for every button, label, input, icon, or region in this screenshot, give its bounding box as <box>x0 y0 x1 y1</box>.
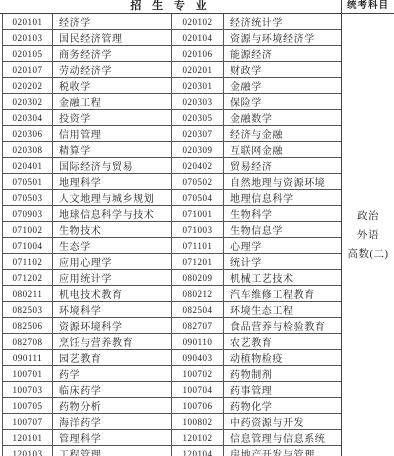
table-row: 100701药学100702药物制剂 <box>2 366 341 382</box>
major-code: 020402 <box>172 158 224 173</box>
table-row: 082506资源环境科学082707食品营养与检验教育 <box>2 318 341 334</box>
major-code: 082708 <box>3 334 53 349</box>
major-name: 能源经济 <box>224 46 341 61</box>
major-name: 工程管理 <box>53 446 172 456</box>
major-name: 动植物检疫 <box>224 350 341 365</box>
major-name: 心理学 <box>224 238 341 253</box>
table-row: 020306信用管理020307经济与金融 <box>2 126 341 142</box>
major-code: 020107 <box>3 62 53 77</box>
major-code: 020305 <box>172 110 224 125</box>
major-code: 070504 <box>172 190 224 205</box>
major-code: 100706 <box>172 398 224 413</box>
major-code: 020306 <box>3 126 53 141</box>
table-row: 120101管理科学120102信息管理与信息系统 <box>2 430 341 446</box>
table-row: 071102应用心理学071201统计学 <box>2 254 341 270</box>
admission-majors-table: 招 生 专 业 统考科目 020101经济学020102经济统计学020103国… <box>0 0 394 456</box>
major-name: 自然地理与资源环境 <box>224 174 341 189</box>
exam-subject: 外语 <box>348 226 389 245</box>
major-name: 机械工艺技术 <box>224 270 341 285</box>
major-code: 020303 <box>172 94 224 109</box>
table-row: 071202应用统计学080209机械工艺技术 <box>2 270 341 286</box>
major-name: 精算学 <box>53 142 172 157</box>
major-name: 经济学 <box>53 14 172 29</box>
major-code: 020106 <box>172 46 224 61</box>
major-name: 环境生态工程 <box>224 302 341 317</box>
table-row: 070903地球信息科学与技术071001生物科学 <box>2 206 341 222</box>
major-name: 中药资源与开发 <box>224 414 341 429</box>
major-name: 药事管理 <box>224 382 341 397</box>
major-code: 090403 <box>172 350 224 365</box>
major-name: 资源与环境经济学 <box>224 30 341 45</box>
table-row: 020107劳动经济学020201财政学 <box>2 62 341 78</box>
major-code: 120103 <box>3 446 53 456</box>
major-name: 生态学 <box>53 238 172 253</box>
table-row: 080211机电技术教育080212汽车维修工程教育 <box>2 286 341 302</box>
major-code: 071001 <box>172 206 224 221</box>
exam-subjects-cell: 政治外语高数(二) <box>341 14 394 456</box>
table-row: 020302金融工程020303保险学 <box>2 94 341 110</box>
major-name: 人文地理与城乡规划 <box>53 190 172 205</box>
table-header: 招 生 专 业 统考科目 <box>0 0 394 14</box>
major-code: 070502 <box>172 174 224 189</box>
major-code: 100702 <box>172 366 224 381</box>
table-row: 020304投资学020305金融数学 <box>2 110 341 126</box>
major-name: 金融数学 <box>224 110 341 125</box>
major-name: 地理科学 <box>53 174 172 189</box>
major-code: 020202 <box>3 78 53 93</box>
major-code: 082707 <box>172 318 224 333</box>
major-name: 药物制剂 <box>224 366 341 381</box>
major-code: 020304 <box>3 110 53 125</box>
major-name: 海洋药学 <box>53 414 172 429</box>
major-code: 120101 <box>3 430 53 445</box>
major-code: 100701 <box>3 366 53 381</box>
table-row: 082708烹饪与营养教育090110农艺教育 <box>2 334 341 350</box>
table-row: 020202税收学020301金融学 <box>2 78 341 94</box>
table-row: 020103国民经济管理020104资源与环境经济学 <box>2 30 341 46</box>
major-code: 070503 <box>3 190 53 205</box>
major-code: 080211 <box>3 286 53 301</box>
major-code: 082506 <box>3 318 53 333</box>
table-row: 090111园艺教育090403动植物检疫 <box>2 350 341 366</box>
major-name: 信息管理与信息系统 <box>224 430 341 445</box>
major-code: 020307 <box>172 126 224 141</box>
table-row: 071004生态学071101心理学 <box>2 238 341 254</box>
major-name: 房地产开发与管理 <box>224 446 341 456</box>
major-name: 汽车维修工程教育 <box>224 286 341 301</box>
table-row: 020105商务经济学020106能源经济 <box>2 46 341 62</box>
major-name: 生物信息学 <box>224 222 341 237</box>
major-code: 071003 <box>172 222 224 237</box>
major-name: 国际经济与贸易 <box>53 158 172 173</box>
major-name: 金融学 <box>224 78 341 93</box>
major-name: 经济与金融 <box>224 126 341 141</box>
table-row: 071002生物技术071003生物信息学 <box>2 222 341 238</box>
major-name: 经济统计学 <box>224 14 341 29</box>
major-name: 园艺教育 <box>53 350 172 365</box>
major-name: 统计学 <box>224 254 341 269</box>
major-code: 020309 <box>172 142 224 157</box>
major-code: 100705 <box>3 398 53 413</box>
major-code: 082503 <box>3 302 53 317</box>
major-code: 100802 <box>172 414 224 429</box>
table-row: 082503环境科学082504环境生态工程 <box>2 302 341 318</box>
major-name: 金融工程 <box>53 94 172 109</box>
major-name: 药物分析 <box>53 398 172 413</box>
major-code: 071004 <box>3 238 53 253</box>
major-name: 药学 <box>53 366 172 381</box>
major-code: 120102 <box>172 430 224 445</box>
major-name: 劳动经济学 <box>53 62 172 77</box>
majors-grid: 020101经济学020102经济统计学020103国民经济管理020104资源… <box>0 14 341 456</box>
table-body: 020101经济学020102经济统计学020103国民经济管理020104资源… <box>0 14 394 456</box>
major-code: 020102 <box>172 14 224 29</box>
major-name: 税收学 <box>53 78 172 93</box>
major-name: 生物科学 <box>224 206 341 221</box>
table-row: 070503人文地理与城乡规划070504地理信息科学 <box>2 190 341 206</box>
major-name: 药物化学 <box>224 398 341 413</box>
major-name: 应用统计学 <box>53 270 172 285</box>
major-name: 地理信息科学 <box>224 190 341 205</box>
table-row: 070501地理科学070502自然地理与资源环境 <box>2 174 341 190</box>
exam-subjects-list: 政治外语高数(二) <box>348 207 389 264</box>
major-code: 090110 <box>172 334 224 349</box>
major-code: 020104 <box>172 30 224 45</box>
table-row: 020401国际经济与贸易020402贸易经济 <box>2 158 341 174</box>
table-row: 020101经济学020102经济统计学 <box>2 14 341 30</box>
major-code: 100707 <box>3 414 53 429</box>
major-name: 国民经济管理 <box>53 30 172 45</box>
major-code: 120104 <box>172 446 224 456</box>
exam-subjects-header: 统考科目 <box>341 0 394 13</box>
major-code: 071102 <box>3 254 53 269</box>
major-name: 地球信息科学与技术 <box>53 206 172 221</box>
major-code: 020201 <box>172 62 224 77</box>
major-name: 商务经济学 <box>53 46 172 61</box>
major-code: 071101 <box>172 238 224 253</box>
major-code: 020103 <box>3 30 53 45</box>
major-name: 互联网金融 <box>224 142 341 157</box>
major-name: 机电技术教育 <box>53 286 172 301</box>
table-row: 100707海洋药学100802中药资源与开发 <box>2 414 341 430</box>
major-code: 020105 <box>3 46 53 61</box>
major-code: 020301 <box>172 78 224 93</box>
major-code: 020302 <box>3 94 53 109</box>
major-code: 020101 <box>3 14 53 29</box>
major-code: 080212 <box>172 286 224 301</box>
major-name: 财政学 <box>224 62 341 77</box>
table-row: 020308精算学020309互联网金融 <box>2 142 341 158</box>
major-name: 保险学 <box>224 94 341 109</box>
major-code: 020308 <box>3 142 53 157</box>
major-code: 080209 <box>172 270 224 285</box>
table-row: 120103工程管理120104房地产开发与管理 <box>2 446 341 456</box>
major-name: 投资学 <box>53 110 172 125</box>
major-name: 贸易经济 <box>224 158 341 173</box>
enroll-majors-header: 招 生 专 业 <box>0 0 341 13</box>
exam-subject: 政治 <box>348 207 389 226</box>
major-name: 烹饪与营养教育 <box>53 334 172 349</box>
major-code: 071002 <box>3 222 53 237</box>
major-code: 100703 <box>3 382 53 397</box>
major-name: 环境科学 <box>53 302 172 317</box>
major-code: 020401 <box>3 158 53 173</box>
major-code: 070501 <box>3 174 53 189</box>
major-name: 信用管理 <box>53 126 172 141</box>
major-code: 090111 <box>3 350 53 365</box>
major-code: 082504 <box>172 302 224 317</box>
table-row: 100703临床药学100704药事管理 <box>2 382 341 398</box>
major-name: 农艺教育 <box>224 334 341 349</box>
major-name: 食品营养与检验教育 <box>224 318 341 333</box>
major-code: 071202 <box>3 270 53 285</box>
major-name: 应用心理学 <box>53 254 172 269</box>
major-code: 071201 <box>172 254 224 269</box>
major-name: 生物技术 <box>53 222 172 237</box>
major-name: 管理科学 <box>53 430 172 445</box>
table-row: 100705药物分析100706药物化学 <box>2 398 341 414</box>
major-name: 临床药学 <box>53 382 172 397</box>
major-name: 资源环境科学 <box>53 318 172 333</box>
major-code: 070903 <box>3 206 53 221</box>
major-code: 100704 <box>172 382 224 397</box>
exam-subject: 高数(二) <box>348 245 389 264</box>
